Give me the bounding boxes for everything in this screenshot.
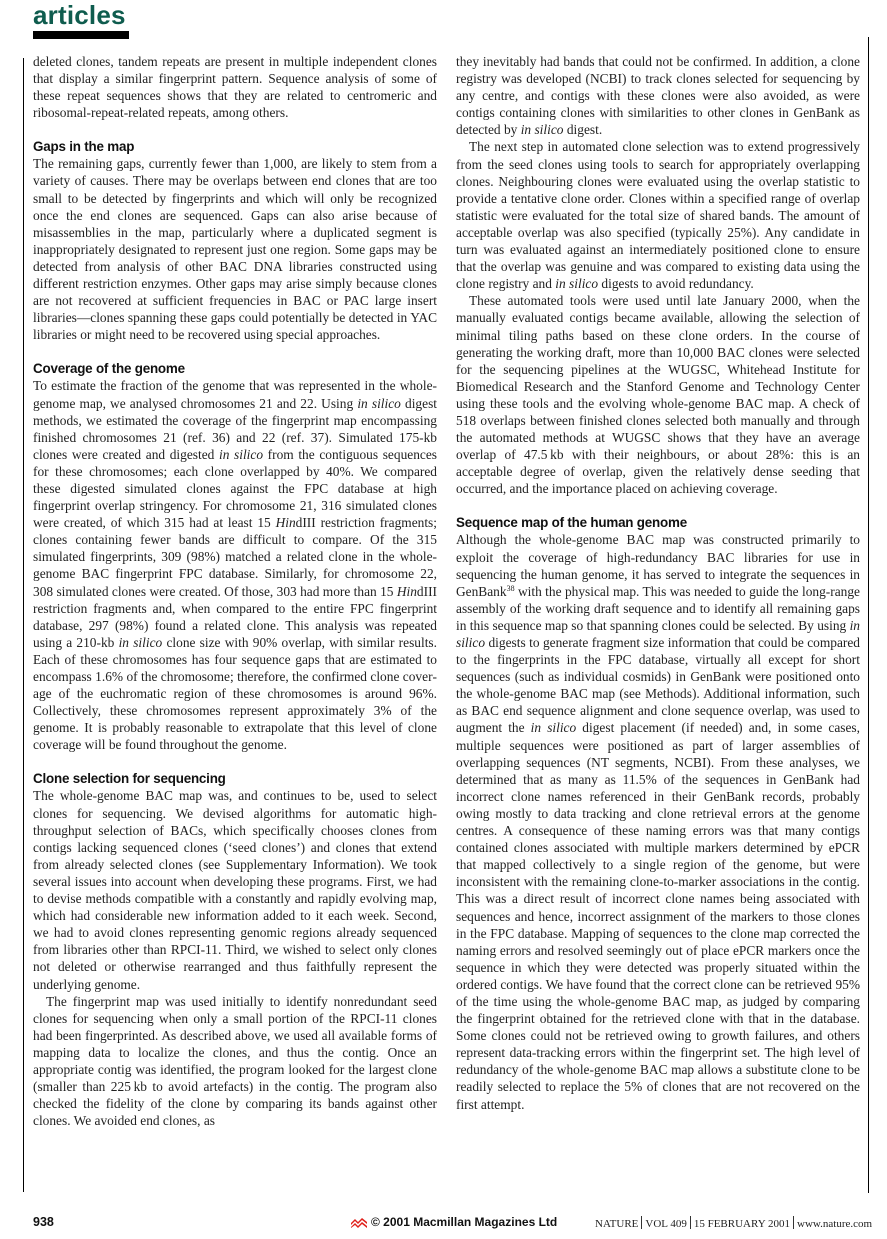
journal-url[interactable]: www.nature.com [797, 1218, 872, 1230]
right-column: they inevitably had bands that could not… [456, 53, 860, 1113]
journal-date: 15 FEBRUARY 2001 [694, 1218, 790, 1230]
paragraph: To estimate the fraction of the genome t… [33, 377, 437, 753]
heading-gaps-in-the-map: Gaps in the map [33, 138, 437, 155]
left-column: deleted clones, tandem repeats are prese… [33, 53, 437, 1129]
column-rule-left [23, 58, 24, 1192]
heading-coverage-of-the-genome: Coverage of the genome [33, 360, 437, 377]
paragraph: The fingerprint map was used initially t… [33, 993, 437, 1130]
paragraph: These automated tools were used until la… [456, 292, 860, 497]
paragraph: deleted clones, tandem repeats are prese… [33, 53, 437, 121]
copyright-text: © 2001 Macmillan Magazines Ltd [371, 1215, 557, 1229]
paragraph: The remaining gaps, currently fewer than… [33, 155, 437, 343]
paragraph: Although the whole-genome BAC map was co… [456, 531, 860, 1112]
copyright-notice: © 2001 Macmillan Magazines Ltd [351, 1215, 557, 1229]
paragraph: The next step in automated clone selecti… [456, 138, 860, 292]
paragraph: The whole-genome BAC map was, and contin… [33, 787, 437, 992]
section-bar [33, 31, 129, 39]
heading-clone-selection: Clone selection for sequencing [33, 770, 437, 787]
journal-info: NATUREVOL 40915 FEBRUARY 2001www.nature.… [595, 1216, 872, 1230]
journal-volume: VOL 409 [645, 1218, 686, 1230]
page-number: 938 [33, 1215, 54, 1229]
heading-sequence-map: Sequence map of the human genome [456, 514, 860, 531]
page-footer: 938 © 2001 Macmillan Magazines Ltd NATUR… [0, 1214, 887, 1234]
column-rule-right [868, 37, 869, 1193]
reference-superscript: 38 [507, 584, 515, 593]
macmillan-logo-icon [351, 1216, 367, 1228]
paragraph: they inevitably had bands that could not… [456, 53, 860, 138]
section-tag: articles [33, 0, 126, 30]
journal-name: NATURE [595, 1218, 638, 1230]
